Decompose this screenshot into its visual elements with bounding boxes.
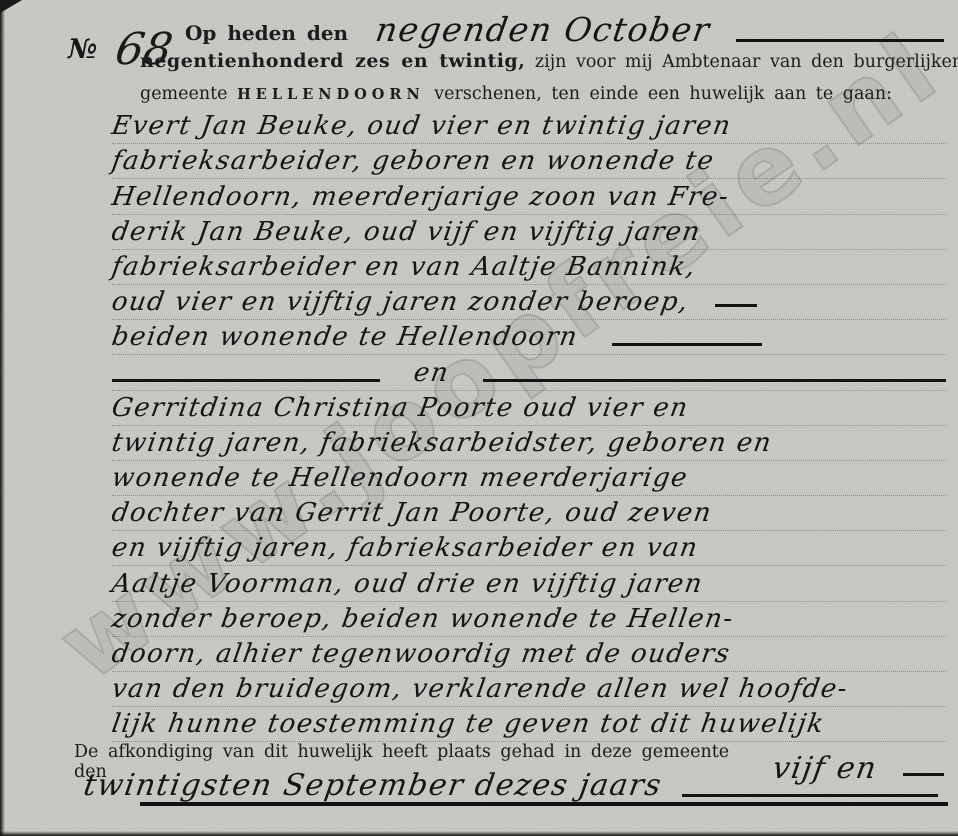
- bottom-rule: [140, 802, 948, 806]
- handwritten-line: Hellendoorn, meerderjarige zoon van Fre-: [112, 179, 946, 214]
- year-in-words: negentienhonderd zes en twintig,: [140, 50, 525, 72]
- header-opening-text: Op heden den: [185, 21, 348, 48]
- officer-clause: zijn voor mij Ambtenaar van den burgerli…: [535, 52, 958, 72]
- marriage-record-scan: www.joopfreie.nl № 68 Op heden den negen…: [0, 0, 958, 836]
- footer-handwritten-date-part2: twintigsten September dezes jaars: [81, 768, 664, 803]
- footer-fill-rule: [682, 794, 938, 797]
- handwritten-line: twintig jaren, fabrieksarbeidster, gebor…: [112, 426, 946, 461]
- handwritten-line: oud vier en vijftig jaren zonder beroep,: [112, 285, 946, 320]
- handwritten-line: Aaltje Voorman, oud drie en vijftig jare…: [112, 566, 946, 601]
- handwritten-line: zonder beroep, beiden wonende te Hellen-: [112, 602, 946, 637]
- trailing-dash: [715, 304, 757, 307]
- handwritten-line: dochter van Gerrit Jan Poorte, oud zeven: [112, 496, 946, 531]
- handwritten-line: fabrieksarbeider en van Aaltje Bannink,: [112, 250, 946, 285]
- handwritten-line: lijk hunne toestemming te geven tot dit …: [112, 707, 946, 742]
- header-line-date: Op heden den negenden October: [185, 12, 944, 48]
- handwritten-line-en-separator: en: [112, 355, 946, 390]
- handwritten-line: Evert Jan Beuke, oud vier en twintig jar…: [112, 109, 946, 144]
- handwritten-line: en vijftig jaren, fabrieksarbeider en va…: [112, 531, 946, 566]
- handwritten-line: Gerritdina Christina Poorte oud vier en: [112, 391, 946, 426]
- date-fill-rule: [736, 39, 944, 42]
- footer-date-line: twintigsten September dezes jaars: [84, 768, 938, 803]
- municipality-pre: gemeente: [140, 84, 228, 104]
- right-rule: [483, 379, 946, 382]
- scan-edge-bottom: [0, 831, 958, 836]
- left-rule: [112, 379, 380, 382]
- header-line-year: negentienhonderd zes en twintig, zijn vo…: [140, 50, 958, 72]
- handwritten-line: fabrieksarbeider, geboren en wonende te: [112, 144, 946, 179]
- trailing-rule: [612, 343, 762, 346]
- record-number-sign: №: [68, 34, 97, 65]
- header-line-municipality: gemeente HELLENDOORN verschenen, ten ein…: [140, 84, 892, 104]
- handwritten-line: wonende te Hellendoorn meerderjarige: [112, 461, 946, 496]
- scan-edge-left: [0, 0, 5, 836]
- handwritten-line: van den bruidegom, verklarende allen wel…: [112, 672, 946, 707]
- handwritten-date: negenden October: [373, 12, 713, 48]
- handwritten-body: Evert Jan Beuke, oud vier en twintig jar…: [112, 109, 946, 742]
- scan-corner-mark: [0, 0, 22, 13]
- municipality-post: verschenen, ten einde een huwelijk aan t…: [434, 84, 892, 104]
- handwritten-line: doorn, alhier tegenwoordig met de ouders: [112, 637, 946, 672]
- municipality-name: HELLENDOORN: [237, 86, 425, 103]
- handwritten-line: derik Jan Beuke, oud vijf en vijftig jar…: [112, 215, 946, 250]
- handwritten-line: beiden wonende te Hellendoorn: [112, 320, 946, 355]
